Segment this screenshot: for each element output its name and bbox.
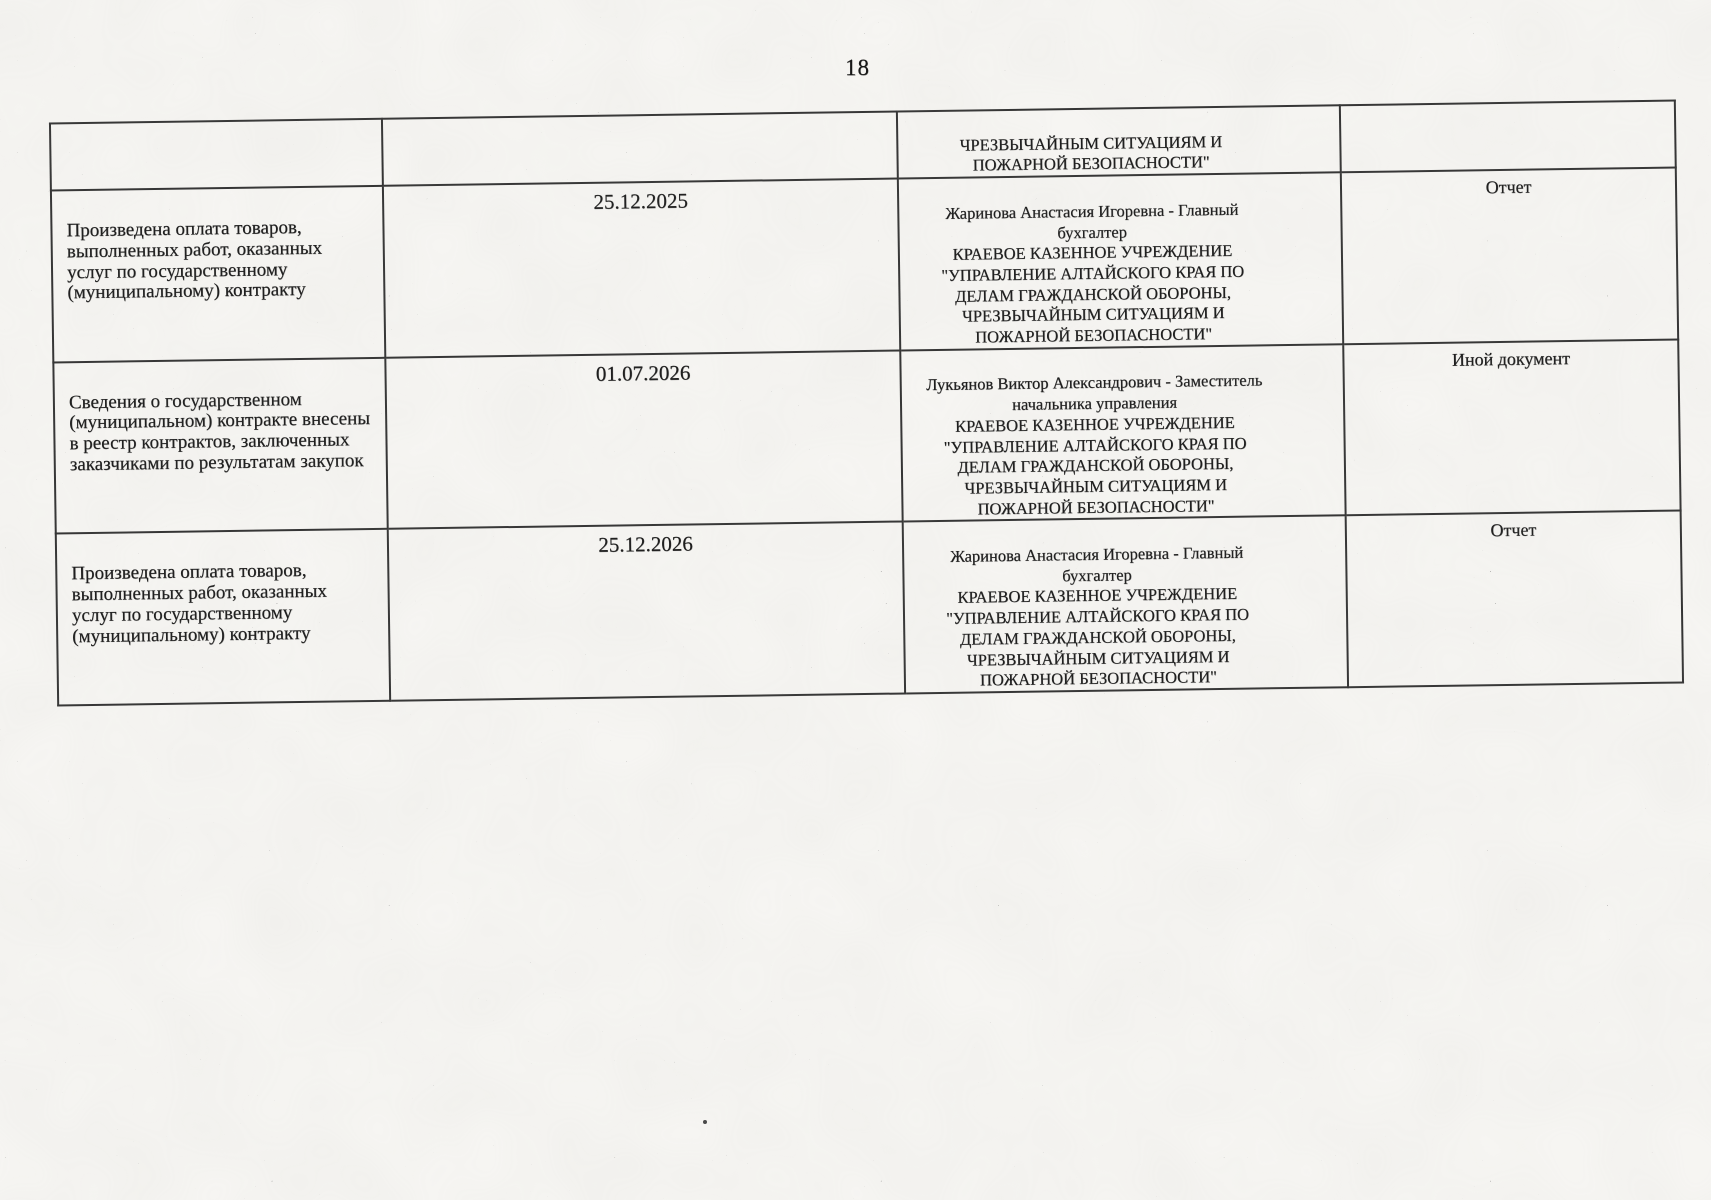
doc-type-cell: Отчет — [1346, 511, 1683, 687]
event-cell: Произведена оплата товаров, выполненных … — [56, 529, 390, 705]
doc-type-cell — [1340, 101, 1676, 173]
responsible-cell: Жаринова Анастасия Игоревна - Главный бу… — [898, 172, 1343, 350]
date-cell: 01.07.2026 — [385, 350, 902, 529]
event-cell: Сведения о государственном (муниципально… — [53, 358, 387, 534]
date-text: 01.07.2026 — [596, 360, 691, 385]
scanned-document-page: 18 ЧРЕЗВЫЧАЙНЫМ СИТУАЦИЯМ И ПОЖАРНОЙ БЕЗ… — [0, 0, 1711, 1200]
date-cell — [382, 112, 898, 186]
event-text: Произведена оплата товаров, выполненных … — [66, 217, 322, 304]
table-row: Произведена оплата товаров, выполненных … — [51, 168, 1678, 363]
event-cell: Произведена оплата товаров, выполненных … — [51, 186, 385, 362]
doc-type-cell: Иной документ — [1343, 339, 1680, 515]
contract-events-table: ЧРЕЗВЫЧАЙНЫМ СИТУАЦИЯМ И ПОЖАРНОЙ БЕЗОПА… — [49, 100, 1684, 707]
responsible-cell: Жаринова Анастасия Игоревна - Главный бу… — [903, 516, 1348, 694]
doc-type-text: Отчет — [1490, 520, 1536, 541]
event-text: Произведена оплата товаров, выполненных … — [71, 560, 327, 647]
table-row: Сведения о государственном (муниципально… — [53, 339, 1680, 534]
responsible-text: Жаринова Анастасия Игоревна - Главный бу… — [946, 543, 1249, 690]
responsible-text: Лукьянов Виктор Александрович - Заместит… — [926, 371, 1262, 518]
date-cell: 25.12.2026 — [388, 522, 905, 701]
contract-events-table-wrap: ЧРЕЗВЫЧАЙНЫМ СИТУАЦИЯМ И ПОЖАРНОЙ БЕЗОПА… — [49, 100, 1682, 707]
responsible-cell: ЧРЕЗВЫЧАЙНЫМ СИТУАЦИЯМ И ПОЖАРНОЙ БЕЗОПА… — [897, 105, 1341, 178]
event-cell — [50, 119, 383, 191]
doc-type-text: Отчет — [1485, 177, 1531, 198]
doc-type-cell: Отчет — [1341, 168, 1678, 344]
date-text: 25.12.2025 — [593, 189, 688, 214]
responsible-text: ЧРЕЗВЫЧАЙНЫМ СИТУАЦИЯМ И ПОЖАРНОЙ БЕЗОПА… — [959, 132, 1222, 175]
date-text: 25.12.2026 — [598, 532, 693, 557]
page-number: 18 — [845, 55, 870, 81]
doc-type-text: Иной документ — [1452, 348, 1570, 370]
table-row: Произведена оплата товаров, выполненных … — [56, 511, 1683, 706]
event-text: Сведения о государственном (муниципально… — [69, 389, 370, 476]
responsible-cell: Лукьянов Виктор Александрович - Заместит… — [900, 344, 1345, 522]
date-cell: 25.12.2025 — [383, 179, 900, 358]
responsible-text: Жаринова Анастасия Игоревна - Главный бу… — [941, 200, 1244, 347]
scan-artifact-dot — [703, 1120, 707, 1124]
